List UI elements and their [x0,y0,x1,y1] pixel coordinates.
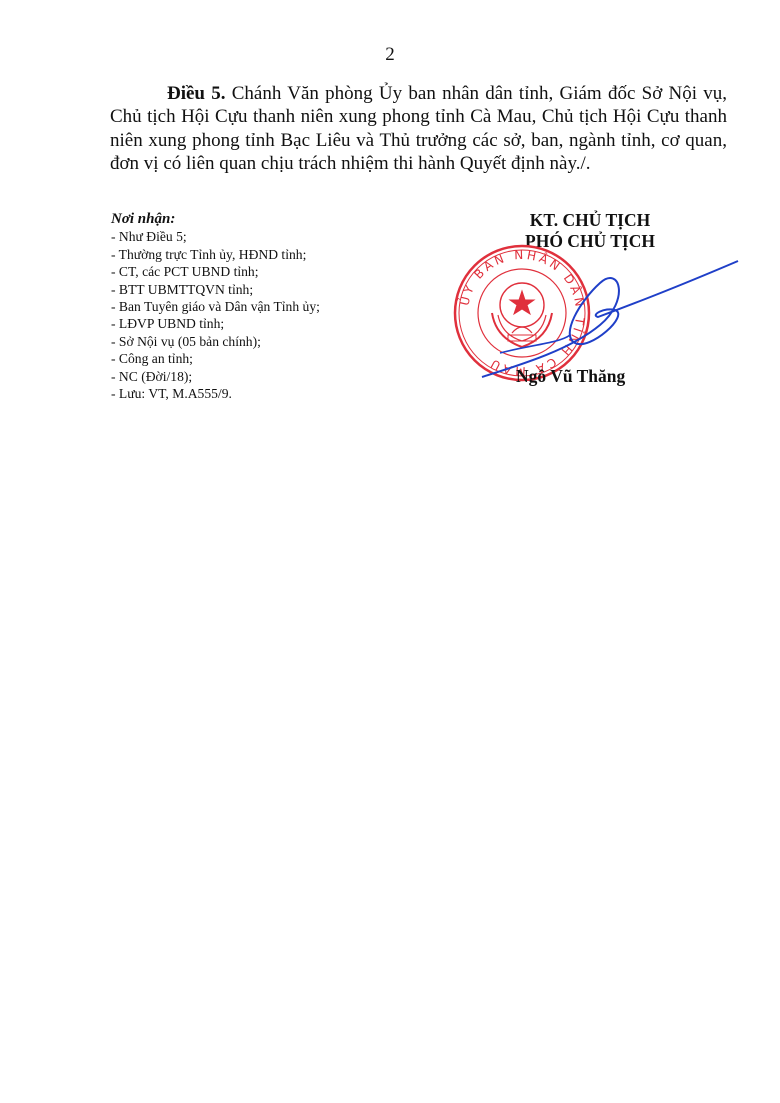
recipient-item: - Ban Tuyên giáo và Dân vận Tỉnh ủy; [111,298,411,315]
recipient-item: - Lưu: VT, M.A555/9. [111,385,411,402]
recipient-item: - NC (Đời/18); [111,368,411,385]
recipient-item: - Như Điều 5; [111,228,411,245]
recipient-item: - LĐVP UBND tỉnh; [111,315,411,332]
signature-title-line1: KT. CHỦ TỊCH [440,210,740,231]
recipient-item: - Sở Nội vụ (05 bản chính); [111,333,411,350]
recipient-item: - Thường trực Tỉnh ủy, HĐND tỉnh; [111,246,411,263]
recipient-item: - CT, các PCT UBND tỉnh; [111,263,411,280]
recipients-title: Nơi nhận: [111,211,411,228]
recipients-block: Nơi nhận: - Như Điều 5; - Thường trực Tỉ… [111,211,411,402]
recipient-item: - BTT UBMTTQVN tỉnh; [111,281,411,298]
signer-name: Ngô Vũ Thăng [516,366,625,387]
recipient-item: - Công an tỉnh; [111,350,411,367]
article-label: Điều 5. [167,83,226,104]
article-5: Điều 5. Chánh Văn phòng Ủy ban nhân dân … [110,82,727,175]
page-number: 2 [0,44,780,66]
